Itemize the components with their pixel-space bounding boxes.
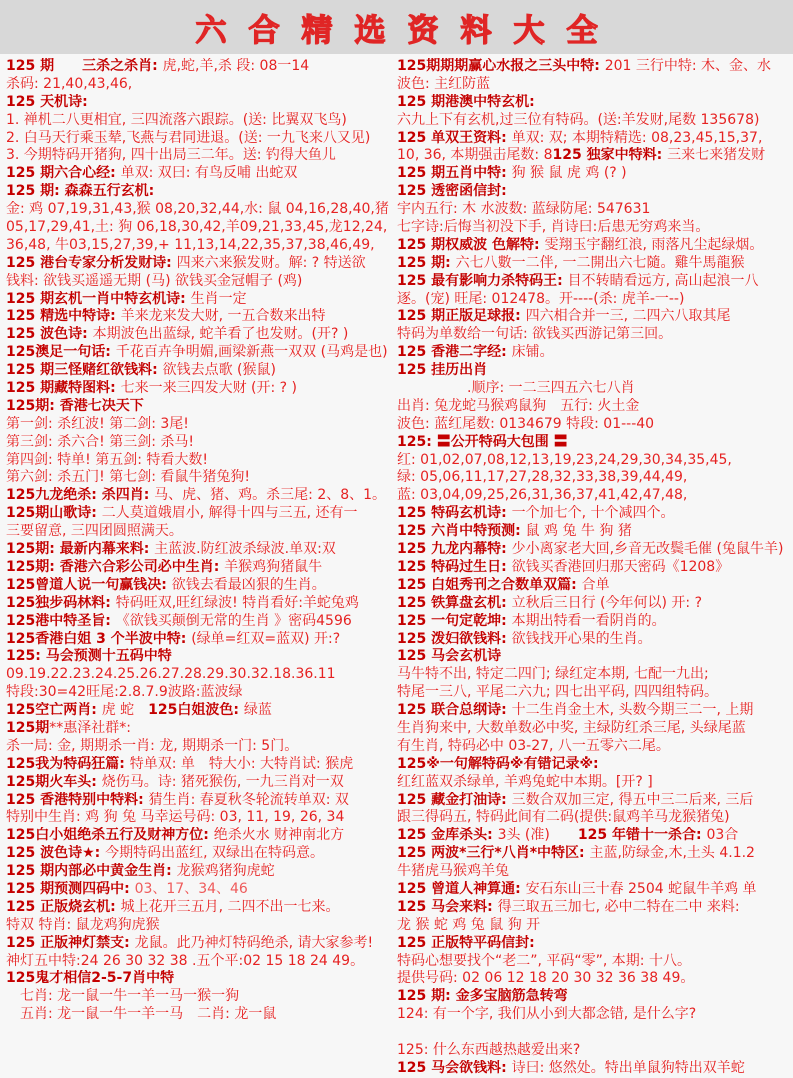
line-text: 龙鼠。此乃神灯特码绝杀, 请大家参考!	[135, 935, 374, 951]
line-label: 125 年错十一杀合:	[578, 827, 707, 843]
line-label: 125 藏金打油诗:	[397, 792, 512, 808]
text-line: 波色: 蓝红尾数: 0134679 特段: 01---40	[397, 416, 793, 434]
text-line: 125空亡两肖: 虎 蛇 125白姐波色: 绿蓝	[6, 702, 397, 720]
line-text: 五肖: 龙一鼠一牛一羊一马 二肖: 龙一鼠	[6, 1006, 276, 1022]
text-line: 125 挂历出肖	[397, 362, 793, 380]
line-text: 特尾一三八, 平尾二六九; 四七出平码, 四四组特码。	[397, 684, 718, 700]
text-line: 125 期: 金多宝脑筋急转弯	[397, 988, 793, 1006]
text-line: 特别中生肖: 鸡 狗 兔 马幸运号码: 03, 11, 19, 26, 34	[6, 809, 397, 827]
text-line: 七字诗:后悔当初没下手, 肖诗曰:后患无穷鸡来当。	[397, 219, 793, 237]
line-label: 125 特码玄机诗:	[397, 505, 512, 521]
text-line: 125曾道人说一句赢钱决: 欲钱去看最凶狠的生肖。	[6, 577, 397, 595]
line-label: 125 香港二字经:	[397, 344, 512, 360]
line-label: 125 精选中特诗:	[6, 308, 121, 324]
line-text: 合单	[582, 577, 610, 593]
line-text: 六七八數一二伴, 一二開出六七隨。雞牛馬龍猴	[456, 255, 745, 271]
line-label: 125: 〓公开特码大包围 〓	[397, 434, 568, 450]
line-text: 05,17,29,41,土: 狗 06,18,30,42,羊09,21,33,4…	[6, 219, 387, 235]
line-text: 床铺。	[512, 344, 554, 360]
line-text: 单双: 双; 本期特精选: 08,23,45,15,37,	[512, 130, 763, 146]
line-text: 提供号码: 02 06 12 18 20 30 32 36 38 49。	[397, 970, 694, 986]
text-line: 125 特码过生日: 欲钱买香港回归那天密码《1208》	[397, 559, 793, 577]
line-text: 特段:30=42旺尾:2.8.7.9波路:蓝波绿	[6, 684, 243, 700]
text-line	[397, 1024, 793, 1042]
line-text: 201 三行中特: 木、金、水	[605, 58, 771, 74]
line-text: 36,48, 牛03,15,27,39,+ 11,13,14,22,35,37,…	[6, 237, 375, 253]
text-line: 125期**惠泽社群*:	[6, 720, 397, 738]
line-label: 125香港白姐 3 个半波中特:	[6, 631, 191, 647]
line-label: 125 期玄机一肖中特玄机诗:	[6, 291, 191, 307]
text-line: 125 马会来料: 得三取五三加七, 必中二特在二中 来料:	[397, 899, 793, 917]
line-label: 125独步码林料:	[6, 595, 116, 611]
line-text: 雯翔玉宇翻红浪, 雨落凡尘起绿烟。	[544, 237, 763, 253]
line-text: 钱料: 欲钱买遥遥无期 (马) 欲钱买金冠帽子 (鸡)	[6, 273, 302, 289]
line-text: 杀一局: 金, 期期杀一肖: 龙, 期期杀一门: 5门。	[6, 738, 298, 754]
text-line: 125 六肖中特预测: 鼠 鸡 兔 牛 狗 猪	[397, 523, 793, 541]
text-line: 125 白姐秀刊之合数单双篇: 合单	[397, 577, 793, 595]
text-line: 125 藏金打油诗: 三数合双加三定, 得五中三二后来, 三后	[397, 792, 793, 810]
text-line: 125: 〓公开特码大包围 〓	[397, 434, 793, 452]
line-text: 七肖: 龙一鼠一牛一羊一马一猴一狗	[6, 988, 239, 1004]
text-line: 125期: 香港七决天下	[6, 398, 397, 416]
text-line: 杀码: 21,40,43,46,	[6, 76, 397, 94]
line-text: 第三剑: 杀六合! 第三剑: 杀马!	[6, 434, 194, 450]
line-text: 09.19.22.23.24.25.26.27.28.29.30.32.18.3…	[6, 666, 336, 682]
text-line: 10, 36, 本期强击尾数: 8125 独家中特料: 三来七来猪发财	[397, 147, 793, 165]
text-line: 125 期玄机一肖中特玄机诗: 生肖一定	[6, 291, 397, 309]
line-text: 3. 今期特码开猪狗, 四十出局三二年。送: 钓得大鱼儿	[6, 147, 336, 163]
lottery-tip-sheet: 六合精选资料大全 125 期 三杀之杀肖: 虎,蛇,羊,杀 段: 08一14杀码…	[0, 0, 793, 1078]
line-text: 《欲钱买颠倒无常的生肖 》密码4596	[116, 613, 352, 629]
line-label: 125期火车头:	[6, 774, 102, 790]
line-label: 125 波色诗★:	[6, 845, 105, 861]
line-text: 生肖一定	[191, 291, 247, 307]
text-line: 125 金库杀头: 3头 (准) 125 年错十一杀合: 03合	[397, 827, 793, 845]
line-label: 125 透密函信封:	[397, 183, 507, 199]
line-label: 125 联合总纲诗:	[397, 702, 512, 718]
text-line: 125香港白姐 3 个半波中特: (绿单=红双=蓝双) 开:?	[6, 631, 397, 649]
line-text: 10, 36, 本期强击尾数: 8	[397, 147, 553, 163]
text-line: 125 曾道人神算通: 安石东山三十春 2504 蛇鼠牛羊鸡 单	[397, 881, 793, 899]
text-line: 125 期权威波 色解特: 雯翔玉宇翻红浪, 雨落凡尘起绿烟。	[397, 237, 793, 255]
text-line: 牛猪虎马猴鸡羊兔	[397, 863, 793, 881]
line-text: 猜生肖: 春夏秋冬轮流转单双: 双	[149, 792, 349, 808]
line-text: 四来六来猴发财。解: ? 特送欲	[177, 255, 366, 271]
line-label: 125 波色诗:	[6, 326, 93, 342]
line-label: 125 正版神灯禁支:	[6, 935, 135, 951]
text-line: 红: 01,02,07,08,12,13,19,23,24,29,30,34,3…	[397, 452, 793, 470]
text-line: 第四剑: 特单! 第五剑: 特看大数!	[6, 452, 397, 470]
line-text: 出肖: 兔龙蛇马猴鸡鼠狗 五行: 火土金	[397, 398, 639, 414]
text-line: 出肖: 兔龙蛇马猴鸡鼠狗 五行: 火土金	[397, 398, 793, 416]
right-column: 125期期期赢心水报之三头中特: 201 三行中特: 木、金、水波色: 主红防蓝…	[397, 58, 793, 1078]
text-line: 125 期藏特图料: 七来一来三四发大财 (开: ? )	[6, 380, 397, 398]
text-line: 特码为单数给一句话: 欲钱买西游记第三回。	[397, 326, 793, 344]
text-line: 生肖狗来中, 大数单数必中奖, 主绿防红杀三尾, 头绿尾蓝	[397, 720, 793, 738]
line-label: 125 马会玄机诗	[397, 648, 501, 664]
line-text: 今期特码出蓝红, 双绿出在特码意。	[105, 845, 324, 861]
line-text: (绿单=红双=蓝双) 开:?	[191, 631, 340, 647]
text-line: 125 马会欲钱料: 诗曰: 悠然处。特出单鼠狗特出双羊蛇	[397, 1060, 793, 1078]
text-line: 逐。(宠) 旺尾: 012478。开----(杀: 虎羊-一--)	[397, 291, 793, 309]
text-line: 125独步码林料: 特码旺双,旺红绿波! 特肖看好:羊蛇兔鸡	[6, 595, 397, 613]
line-text: 2. 白马天行乘玉辇,飞燕与君同进退。(送: 一九飞来八又见)	[6, 130, 370, 146]
line-text: 第一剑: 杀红波! 第二剑: 3尾!	[6, 416, 189, 432]
line-text: 龙猴鸡猪狗虎蛇	[177, 863, 275, 879]
text-line: 特双 特肖: 鼠龙鸡狗虎猴	[6, 917, 397, 935]
line-text: 诗曰: 悠然处。特出单鼠狗特出双羊蛇	[512, 1060, 745, 1076]
line-text: 安石东山三十春 2504 蛇鼠牛羊鸡 单	[526, 881, 757, 897]
line-label: 125 两波*三行*八肖*中特区:	[397, 845, 590, 861]
line-text: 金: 鸡 07,19,31,43,猴 08,20,32,44,水: 鼠 04,1…	[6, 201, 389, 217]
text-line: 125 波色诗: 本期波色出蓝绿, 蛇羊看了也发财。(开? )	[6, 326, 397, 344]
text-line: 125 波色诗★: 今期特码出蓝红, 双绿出在特码意。	[6, 845, 397, 863]
text-line: 125 正版烧玄机: 城上花开三五月, 二四不出一七来。	[6, 899, 397, 917]
line-text: 少小离家老大回,乡音无改鬓毛催 (兔鼠牛羊)	[512, 541, 784, 557]
text-line: 125 正版神灯禁支: 龙鼠。此乃神灯特码绝杀, 请大家参考!	[6, 935, 397, 953]
line-text: 特单双: 单 特大小: 大特肖试: 猴虎	[130, 756, 354, 772]
text-line: 125 铁算盘玄机: 立秋后三日行 (今年何以) 开: ?	[397, 595, 793, 613]
text-line: 125 期正版足球报: 四六相合并一三, 二四六八取其尾	[397, 308, 793, 326]
header-band: 六合精选资料大全	[0, 0, 793, 54]
line-label: 125 泼妇欲钱料:	[397, 631, 512, 647]
text-line: 125 九龙内幕特: 少小离家老大回,乡音无改鬓毛催 (兔鼠牛羊)	[397, 541, 793, 559]
line-label: 125 期: 森森五行玄机:	[6, 183, 154, 199]
line-text: 绿: 05,06,11,17,27,28,32,33,38,39,44,49,	[397, 469, 687, 485]
text-line: 五肖: 龙一鼠一牛一羊一马 二肖: 龙一鼠	[6, 1006, 397, 1024]
text-line: 125期: 最新内幕来料: 主蓝波.防红波杀绿波.单双:双	[6, 541, 397, 559]
line-text: 3头 (准)	[498, 827, 578, 843]
line-label: 125 曾道人神算通:	[397, 881, 526, 897]
text-line: 125 精选中特诗: 羊来龙来发大财, 一五合数来出特	[6, 308, 397, 326]
text-line: 125 马会玄机诗	[397, 648, 793, 666]
line-label: 125※一句解特码※有错记录※:	[397, 756, 599, 772]
text-line: 三要留意, 三四团圆照满天。	[6, 523, 397, 541]
text-line: 125 天机诗:	[6, 94, 397, 112]
line-label: 125 九龙内幕特:	[397, 541, 512, 557]
line-text: 波色: 蓝红尾数: 0134679 特段: 01---40	[397, 416, 654, 432]
line-text: 03、17、34、46	[135, 881, 248, 897]
text-line: 125 期五肖中特: 狗 猴 鼠 虎 鸡 (? )	[397, 165, 793, 183]
line-text: 特双 特肖: 鼠龙鸡狗虎猴	[6, 917, 160, 933]
line-text: 欲钱去看最凶狠的生肖。	[172, 577, 326, 593]
line-text: 主蓝,防绿金,木,土头 4.1.2	[590, 845, 755, 861]
line-label: 125 港台专家分析发财诗:	[6, 255, 177, 271]
line-text: 七字诗:后悔当初没下手, 肖诗曰:后患无穷鸡来当。	[397, 219, 709, 235]
line-label: 125 期: 金多宝脑筋急转弯	[397, 988, 568, 1004]
text-line: 125 单双王资料: 单双: 双; 本期特精选: 08,23,45,15,37,	[397, 130, 793, 148]
line-label: 125期期期赢心水报之三头中特:	[397, 58, 605, 74]
line-text: 杀码: 21,40,43,46,	[6, 76, 132, 92]
text-line: 125 港台专家分析发财诗: 四来六来猴发财。解: ? 特送欲	[6, 255, 397, 273]
line-text: 七来一来三四发大财 (开: ? )	[121, 380, 297, 396]
line-label: 125 马会来料:	[397, 899, 498, 915]
line-label: 125期	[6, 720, 49, 736]
text-line: 125期期期赢心水报之三头中特: 201 三行中特: 木、金、水	[397, 58, 793, 76]
text-line: 七肖: 龙一鼠一牛一羊一马一猴一狗	[6, 988, 397, 1006]
line-text: 龙 猴 蛇 鸡 兔 鼠 狗 开	[397, 917, 540, 933]
line-text: 神灯五中特:24 26 30 32 38 .五个平:02 15 18 24 49…	[6, 953, 364, 969]
line-text: 第四剑: 特单! 第五剑: 特看大数!	[6, 452, 208, 468]
line-text: 欲钱买香港回归那天密码《1208》	[512, 559, 730, 575]
line-text: 羊猴鸡狗猪鼠牛	[224, 559, 322, 575]
line-label: 125曾道人说一句赢钱决:	[6, 577, 172, 593]
line-text: 城上花开三五月, 二四不出一七来。	[121, 899, 340, 915]
text-line: 125※一句解特码※有错记录※:	[397, 756, 793, 774]
text-line: 绿: 05,06,11,17,27,28,32,33,38,39,44,49,	[397, 469, 793, 487]
line-label: 125 铁算盘玄机:	[397, 595, 512, 611]
line-text: 千花百卉争明媚,画梁新燕一双双 (马鸡是也)	[116, 344, 388, 360]
line-text: 三要留意, 三四团圆照满天。	[6, 523, 183, 539]
line-text: 六九上下有玄机,过三位有特码。(送:羊发财,尾数 135678)	[397, 112, 759, 128]
text-line: 125 期: 六七八數一二伴, 一二開出六七隨。雞牛馬龍猴	[397, 255, 793, 273]
line-text: 逐。(宠) 旺尾: 012478。开----(杀: 虎羊-一--)	[397, 291, 684, 307]
text-line: 125 期三怪赌红欲钱料: 欲钱去点歌 (猴鼠)	[6, 362, 397, 380]
text-line: 特段:30=42旺尾:2.8.7.9波路:蓝波绿	[6, 684, 397, 702]
text-line: 125 期 三杀之杀肖: 虎,蛇,羊,杀 段: 08一14	[6, 58, 397, 76]
line-text: 单双: 双曰: 有鸟反哺 出蛇双	[121, 165, 298, 181]
text-line: 红红蓝双杀绿单, 羊鸡兔蛇中本期。[开? ]	[397, 774, 793, 792]
line-text: 红: 01,02,07,08,12,13,19,23,24,29,30,34,3…	[397, 452, 732, 468]
text-line: 第一剑: 杀红波! 第二剑: 3尾!	[6, 416, 397, 434]
line-label: 125 期:	[397, 255, 456, 271]
line-text: .顺序: 一二三四五六七八肖	[397, 380, 635, 396]
text-line: 125 最有影响力杀特码王: 目不转睛看远方, 高山起浪一八	[397, 273, 793, 291]
page-title: 六合精选资料大全	[174, 5, 620, 50]
line-label: 125 期五肖中特:	[397, 165, 512, 181]
line-text: 本期出特看一看阴肖的。	[512, 613, 666, 629]
text-line: 125鬼才相信2-5-7肖中特	[6, 970, 397, 988]
text-line: .顺序: 一二三四五六七八肖	[397, 380, 793, 398]
line-label: 125 一句定乾坤:	[397, 613, 512, 629]
text-line: 36,48, 牛03,15,27,39,+ 11,13,14,22,35,37,…	[6, 237, 397, 255]
text-line: 跟三得码五, 特码此间有二码(提供:鼠鸡羊马龙猴猪兔)	[397, 809, 793, 827]
line-label: 125白姐波色:	[148, 702, 244, 718]
line-text: 四六相合并一三, 二四六八取其尾	[526, 308, 731, 324]
line-text: 特码为单数给一句话: 欲钱买西游记第三回。	[397, 326, 672, 342]
line-text: 一个加七个, 十个减四个。	[512, 505, 675, 521]
text-line: 125 正版特平码信封:	[397, 935, 793, 953]
text-line: 125 泼妇欲钱料: 欲钱找开心果的生肖。	[397, 631, 793, 649]
line-text: 特别中生肖: 鸡 狗 兔 马幸运号码: 03, 11, 19, 26, 34	[6, 809, 344, 825]
line-text: 本期波色出蓝绿, 蛇羊看了也发财。(开? )	[93, 326, 349, 342]
line-text: 马、虎、猪、鸡。杀三尾: 2、8、1。	[154, 487, 386, 503]
line-label: 125 期权威波 色解特:	[397, 237, 544, 253]
text-line: 125 特码玄机诗: 一个加七个, 十个减四个。	[397, 505, 793, 523]
line-label: 125 期内部必中黄金生肖:	[6, 863, 177, 879]
line-label: 125 期港澳中特玄机:	[397, 94, 535, 110]
text-line: 125 香港特别中特料: 猜生肖: 春夏秋冬轮流转单双: 双	[6, 792, 397, 810]
text-line: 09.19.22.23.24.25.26.27.28.29.30.32.18.3…	[6, 666, 397, 684]
text-line: 125期: 香港六合彩公司必中生肖: 羊猴鸡狗猪鼠牛	[6, 559, 397, 577]
text-line: 马牛特不出, 特定二四门; 绿红定本期, 七配一九出;	[397, 666, 793, 684]
line-label: 125 正版特平码信封:	[397, 935, 535, 951]
line-text: 宇内五行: 木 水波数: 蓝绿防尾: 547631	[397, 201, 650, 217]
line-text: 特码旺双,旺红绿波! 特肖看好:羊蛇兔鸡	[116, 595, 359, 611]
line-label: 125 挂历出肖	[397, 362, 487, 378]
line-label: 125 期藏特图料:	[6, 380, 121, 396]
line-text: 牛猪虎马猴鸡羊兔	[397, 863, 509, 879]
text-line: 05,17,29,41,土: 狗 06,18,30,42,羊09,21,33,4…	[6, 219, 397, 237]
line-text: 三数合双加三定, 得五中三二后来, 三后	[512, 792, 754, 808]
line-text: 虎 蛇	[102, 702, 148, 718]
line-label: 125鬼才相信2-5-7肖中特	[6, 970, 174, 986]
line-label: 125期: 香港六合彩公司必中生肖:	[6, 559, 224, 575]
line-text: 特码心想要找个“老二”, 平码“零”, 本期: 十八。	[397, 953, 691, 969]
text-line: 2. 白马天行乘玉辇,飞燕与君同进退。(送: 一九飞来八又见)	[6, 130, 397, 148]
text-line: 神灯五中特:24 26 30 32 38 .五个平:02 15 18 24 49…	[6, 953, 397, 971]
text-line: 125我为特码狂篇: 特单双: 单 特大小: 大特肖试: 猴虎	[6, 756, 397, 774]
line-label: 125: 马会预测十五码中特	[6, 648, 172, 664]
content-columns: 125 期 三杀之杀肖: 虎,蛇,羊,杀 段: 08一14杀码: 21,40,4…	[0, 54, 793, 1078]
line-label: 125 马会欲钱料:	[397, 1060, 512, 1076]
text-line: 125 一句定乾坤: 本期出特看一看阴肖的。	[397, 613, 793, 631]
line-text: 目不转睛看远方, 高山起浪一八	[568, 273, 759, 289]
line-text: 1. 禅机二八更相宜, 三四流落六跟踪。(送: 比翼双飞鸟)	[6, 112, 347, 128]
line-text: 红红蓝双杀绿单, 羊鸡兔蛇中本期。[开? ]	[397, 774, 653, 790]
text-line: 125白小姐绝杀五行及财神方位: 绝杀火水 财神南北方	[6, 827, 397, 845]
text-line: 杀一局: 金, 期期杀一肖: 龙, 期期杀一门: 5门。	[6, 738, 397, 756]
line-label: 125 香港特别中特料:	[6, 792, 149, 808]
line-label: 125澳足一句话:	[6, 344, 116, 360]
line-text: 得三取五三加七, 必中二特在二中 来料:	[498, 899, 740, 915]
line-label: 125 单双王资料:	[397, 130, 512, 146]
line-label: 125白小姐绝杀五行及财神方位:	[6, 827, 214, 843]
line-label: 125 期正版足球报:	[397, 308, 526, 324]
line-text: 立秋后三日行 (今年何以) 开: ?	[512, 595, 702, 611]
text-line: 第三剑: 杀六合! 第三剑: 杀马!	[6, 434, 397, 452]
text-line: 龙 猴 蛇 鸡 兔 鼠 狗 开	[397, 917, 793, 935]
line-label: 125期: 最新内幕来料:	[6, 541, 154, 557]
line-text: 124: 有一个字, 我们从小到大都念错, 是什么字?	[397, 1006, 696, 1022]
line-label: 125 期三怪赌红欲钱料:	[6, 362, 163, 378]
line-label: 125 期 三杀之杀肖:	[6, 58, 163, 74]
text-line: 125 期: 森森五行玄机:	[6, 183, 397, 201]
text-line: 提供号码: 02 06 12 18 20 30 32 36 38 49。	[397, 970, 793, 988]
text-line: 波色: 主红防蓝	[397, 76, 793, 94]
text-line: 有生肖, 特码必中 03-27, 八一五零六二尾。	[397, 738, 793, 756]
line-text: 狗 猴 鼠 虎 鸡 (? )	[512, 165, 627, 181]
line-text: 125: 什么东西越热越爱出来?	[397, 1042, 580, 1058]
line-label: 125 期六合心经:	[6, 165, 121, 181]
text-line: 第六剑: 杀五门! 第七剑: 看鼠牛猪兔狗!	[6, 469, 397, 487]
text-line: 125期山歌诗: 二人莫道娥眉小, 解得十四与三五, 还有一	[6, 505, 397, 523]
line-label: 125九龙绝杀: 杀四肖:	[6, 487, 154, 503]
text-line: 蓝: 03,04,09,25,26,31,36,37,41,42,47,48,	[397, 487, 793, 505]
text-line: 125港中特圣旨: 《欲钱买颠倒无常的生肖 》密码4596	[6, 613, 397, 631]
line-label: 125 天机诗:	[6, 94, 88, 110]
text-line: 125 透密函信封:	[397, 183, 793, 201]
line-label: 125期山歌诗:	[6, 505, 102, 521]
text-line: 125期火车头: 烧伤马。诗: 猪死猴伤, 一九三肖对一双	[6, 774, 397, 792]
line-text: 鼠 鸡 兔 牛 狗 猪	[526, 523, 632, 539]
line-text: 绝杀火水 财神南北方	[214, 827, 344, 843]
line-text: 羊来龙来发大财, 一五合数来出特	[121, 308, 326, 324]
line-text: 烧伤马。诗: 猪死猴伤, 一九三肖对一双	[102, 774, 344, 790]
line-text: 03合	[706, 827, 738, 843]
line-label: 125 金库杀头:	[397, 827, 498, 843]
text-line: 宇内五行: 木 水波数: 蓝绿防尾: 547631	[397, 201, 793, 219]
line-text: 有生肖, 特码必中 03-27, 八一五零六二尾。	[397, 738, 670, 754]
text-line: 125: 马会预测十五码中特	[6, 648, 397, 666]
text-line: 124: 有一个字, 我们从小到大都念错, 是什么字?	[397, 1006, 793, 1024]
line-text: 欲钱去点歌 (猴鼠)	[163, 362, 276, 378]
text-line: 六九上下有玄机,过三位有特码。(送:羊发财,尾数 135678)	[397, 112, 793, 130]
line-label: 125港中特圣旨:	[6, 613, 116, 629]
text-line: 特尾一三八, 平尾二六九; 四七出平码, 四四组特码。	[397, 684, 793, 702]
text-line: 125 期内部必中黄金生肖: 龙猴鸡猪狗虎蛇	[6, 863, 397, 881]
text-line: 125九龙绝杀: 杀四肖: 马、虎、猪、鸡。杀三尾: 2、8、1。	[6, 487, 397, 505]
text-line: 125 联合总纲诗: 十二生肖金土木, 头数今期三二一, 上期	[397, 702, 793, 720]
line-label: 125 特码过生日:	[397, 559, 512, 575]
line-label: 125空亡两肖:	[6, 702, 102, 718]
text-line: 1. 禅机二八更相宜, 三四流落六跟踪。(送: 比翼双飞鸟)	[6, 112, 397, 130]
line-label: 125 六肖中特预测:	[397, 523, 526, 539]
line-text: 马牛特不出, 特定二四门; 绿红定本期, 七配一九出;	[397, 666, 709, 682]
line-text: 虎,蛇,羊,杀 段: 08一14	[163, 58, 310, 74]
line-text: 绿蓝	[244, 702, 272, 718]
line-text: 三来七来猪发财	[667, 147, 765, 163]
line-label: 125 最有影响力杀特码王:	[397, 273, 568, 289]
text-line: 125 期预测四码中: 03、17、34、46	[6, 881, 397, 899]
text-line: 特码心想要找个“老二”, 平码“零”, 本期: 十八。	[397, 953, 793, 971]
text-line: 125 期六合心经: 单双: 双曰: 有鸟反哺 出蛇双	[6, 165, 397, 183]
line-label: 125期: 香港七决天下	[6, 398, 144, 414]
line-text: 欲钱找开心果的生肖。	[512, 631, 652, 647]
line-text: **惠泽社群*:	[49, 720, 131, 736]
text-line: 3. 今期特码开猪狗, 四十出局三二年。送: 钓得大鱼儿	[6, 147, 397, 165]
line-text: 十二生肖金土木, 头数今期三二一, 上期	[512, 702, 754, 718]
line-text: 跟三得码五, 特码此间有二码(提供:鼠鸡羊马龙猴猪兔)	[397, 809, 730, 825]
line-label: 125 期预测四码中:	[6, 881, 135, 897]
line-text: 波色: 主红防蓝	[397, 76, 490, 92]
text-line: 钱料: 欲钱买遥遥无期 (马) 欲钱买金冠帽子 (鸡)	[6, 273, 397, 291]
text-line: 金: 鸡 07,19,31,43,猴 08,20,32,44,水: 鼠 04,1…	[6, 201, 397, 219]
line-text: 第六剑: 杀五门! 第七剑: 看鼠牛猪兔狗!	[6, 469, 250, 485]
text-line: 125 期港澳中特玄机:	[397, 94, 793, 112]
line-text: 蓝: 03,04,09,25,26,31,36,37,41,42,47,48,	[397, 487, 687, 503]
text-line: 125澳足一句话: 千花百卉争明媚,画梁新燕一双双 (马鸡是也)	[6, 344, 397, 362]
line-label: 125 白姐秀刊之合数单双篇:	[397, 577, 582, 593]
line-label: 125 正版烧玄机:	[6, 899, 121, 915]
line-text: 主蓝波.防红波杀绿波.单双:双	[154, 541, 336, 557]
line-label: 125我为特码狂篇:	[6, 756, 130, 772]
line-text: 二人莫道娥眉小, 解得十四与三五, 还有一	[102, 505, 358, 521]
line-label: 125 独家中特料:	[553, 147, 668, 163]
left-column: 125 期 三杀之杀肖: 虎,蛇,羊,杀 段: 08一14杀码: 21,40,4…	[6, 58, 397, 1078]
line-text: 生肖狗来中, 大数单数必中奖, 主绿防红杀三尾, 头绿尾蓝	[397, 720, 746, 736]
text-line: 125 香港二字经: 床铺。	[397, 344, 793, 362]
text-line: 125 两波*三行*八肖*中特区: 主蓝,防绿金,木,土头 4.1.2	[397, 845, 793, 863]
text-line: 125: 什么东西越热越爱出来?	[397, 1042, 793, 1060]
